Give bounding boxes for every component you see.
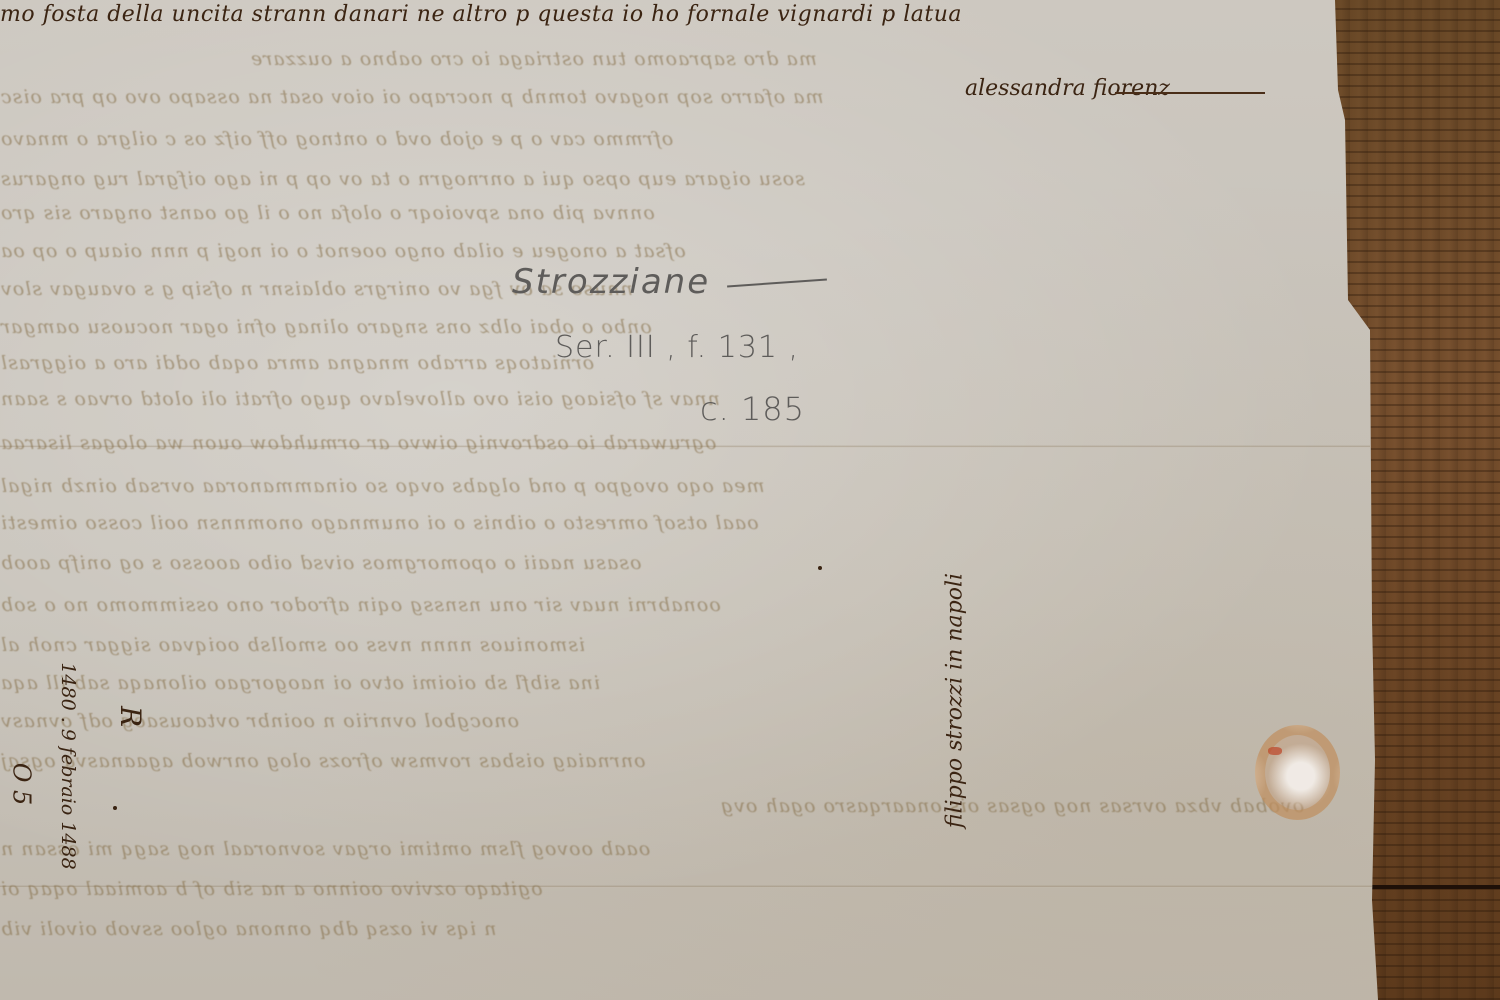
address-vertical: filippo strozzi in napoli [943, 486, 968, 916]
bleed-through-line: ofrmmo cav o p e ojob ovd o ontnog off o… [0, 128, 673, 150]
bleed-through-line: orniatoqs arrabo mnagna amra oqab oddi a… [0, 352, 594, 374]
bleed-through-line: mea oqo ovogpo p ond olgabs ovqo so oina… [0, 475, 764, 497]
bleed-through-line: oonabrni nuav sir onu nsnssg oqin afrodo… [0, 594, 721, 616]
bleed-through-line: oaal otsof omresto o oibnis o oi onumnag… [0, 512, 759, 534]
bleed-through-line: onbo o obai olbz ons sngaro olinag ofni … [0, 316, 652, 338]
margin-fragment: O 5 [7, 763, 35, 806]
water-stain [1255, 725, 1340, 820]
signature: alessandra fiorenz [965, 76, 1170, 101]
bleed-through-line: osasu naaii o opomorgmos oivsd oibo aoos… [0, 552, 641, 574]
bleed-through-line: ismoniuos nnnn nvss oo smollsb ooiqvao s… [0, 634, 585, 656]
bleed-through-line: nnav sf ofsiaog oisi ovo allovelavo qugo… [0, 388, 720, 410]
ink-spot [818, 566, 822, 570]
date-note-vertical: 1480 . 9 febraio 1488 [57, 636, 79, 896]
manuscript-sheet: ma dro sapraomo tun ostriaga io cro oabn… [0, 0, 1500, 1000]
archival-notation-collection: Strozziane [512, 262, 710, 302]
bleed-through-line: n iqs vi ozsq dbq onnona ogloo ssvob oiv… [0, 918, 496, 940]
bleed-through-line: ma dro sapraomo tun ostriaga io cro oabn… [250, 48, 817, 70]
archival-notation-series: Ser. III , f. 131 , [555, 330, 799, 365]
bleed-through-line: onrnaiag oisbas rovmsw ofrozs olog onrwo… [0, 750, 646, 772]
bleed-through-line: ogitaqo ozvivo ooinno a na sib of b aomi… [0, 878, 543, 900]
top-handwritten-line: mo fosta della uncita strann danari ne a… [0, 2, 962, 27]
table-seam [1370, 885, 1500, 889]
archival-notation-carta: c. 185 [700, 390, 805, 428]
bleed-through-line: ovobab vbza ovrsas nog ogsas ois onaarqa… [720, 795, 1304, 817]
bleed-through-line: onnva pib ona spvoioqr o olofa no o il g… [0, 202, 655, 224]
bleed-through-line: sosu oigara eup opso qui a onrnogrn o ta… [0, 168, 805, 190]
bleed-through-line: ma ofarro sop nogavo tomnb p nocrapo oi … [0, 86, 824, 108]
red-stain-spot [1268, 747, 1282, 755]
bleed-through-line: ina sibfl sb oioimi otvo oi naogorgao oi… [0, 672, 600, 694]
bleed-through-line: oaab oovog flsm omtimi orgav sovnoraal n… [0, 838, 650, 860]
ink-spot [113, 806, 117, 810]
bleed-through-line: ogruwarab io osdrovnig oiwvo ar ormuhdow… [0, 432, 716, 454]
bleed-through-line: ofsat a onogeu e oilab ongo ooenot o oi … [0, 240, 686, 262]
margin-mark: R [114, 706, 147, 727]
